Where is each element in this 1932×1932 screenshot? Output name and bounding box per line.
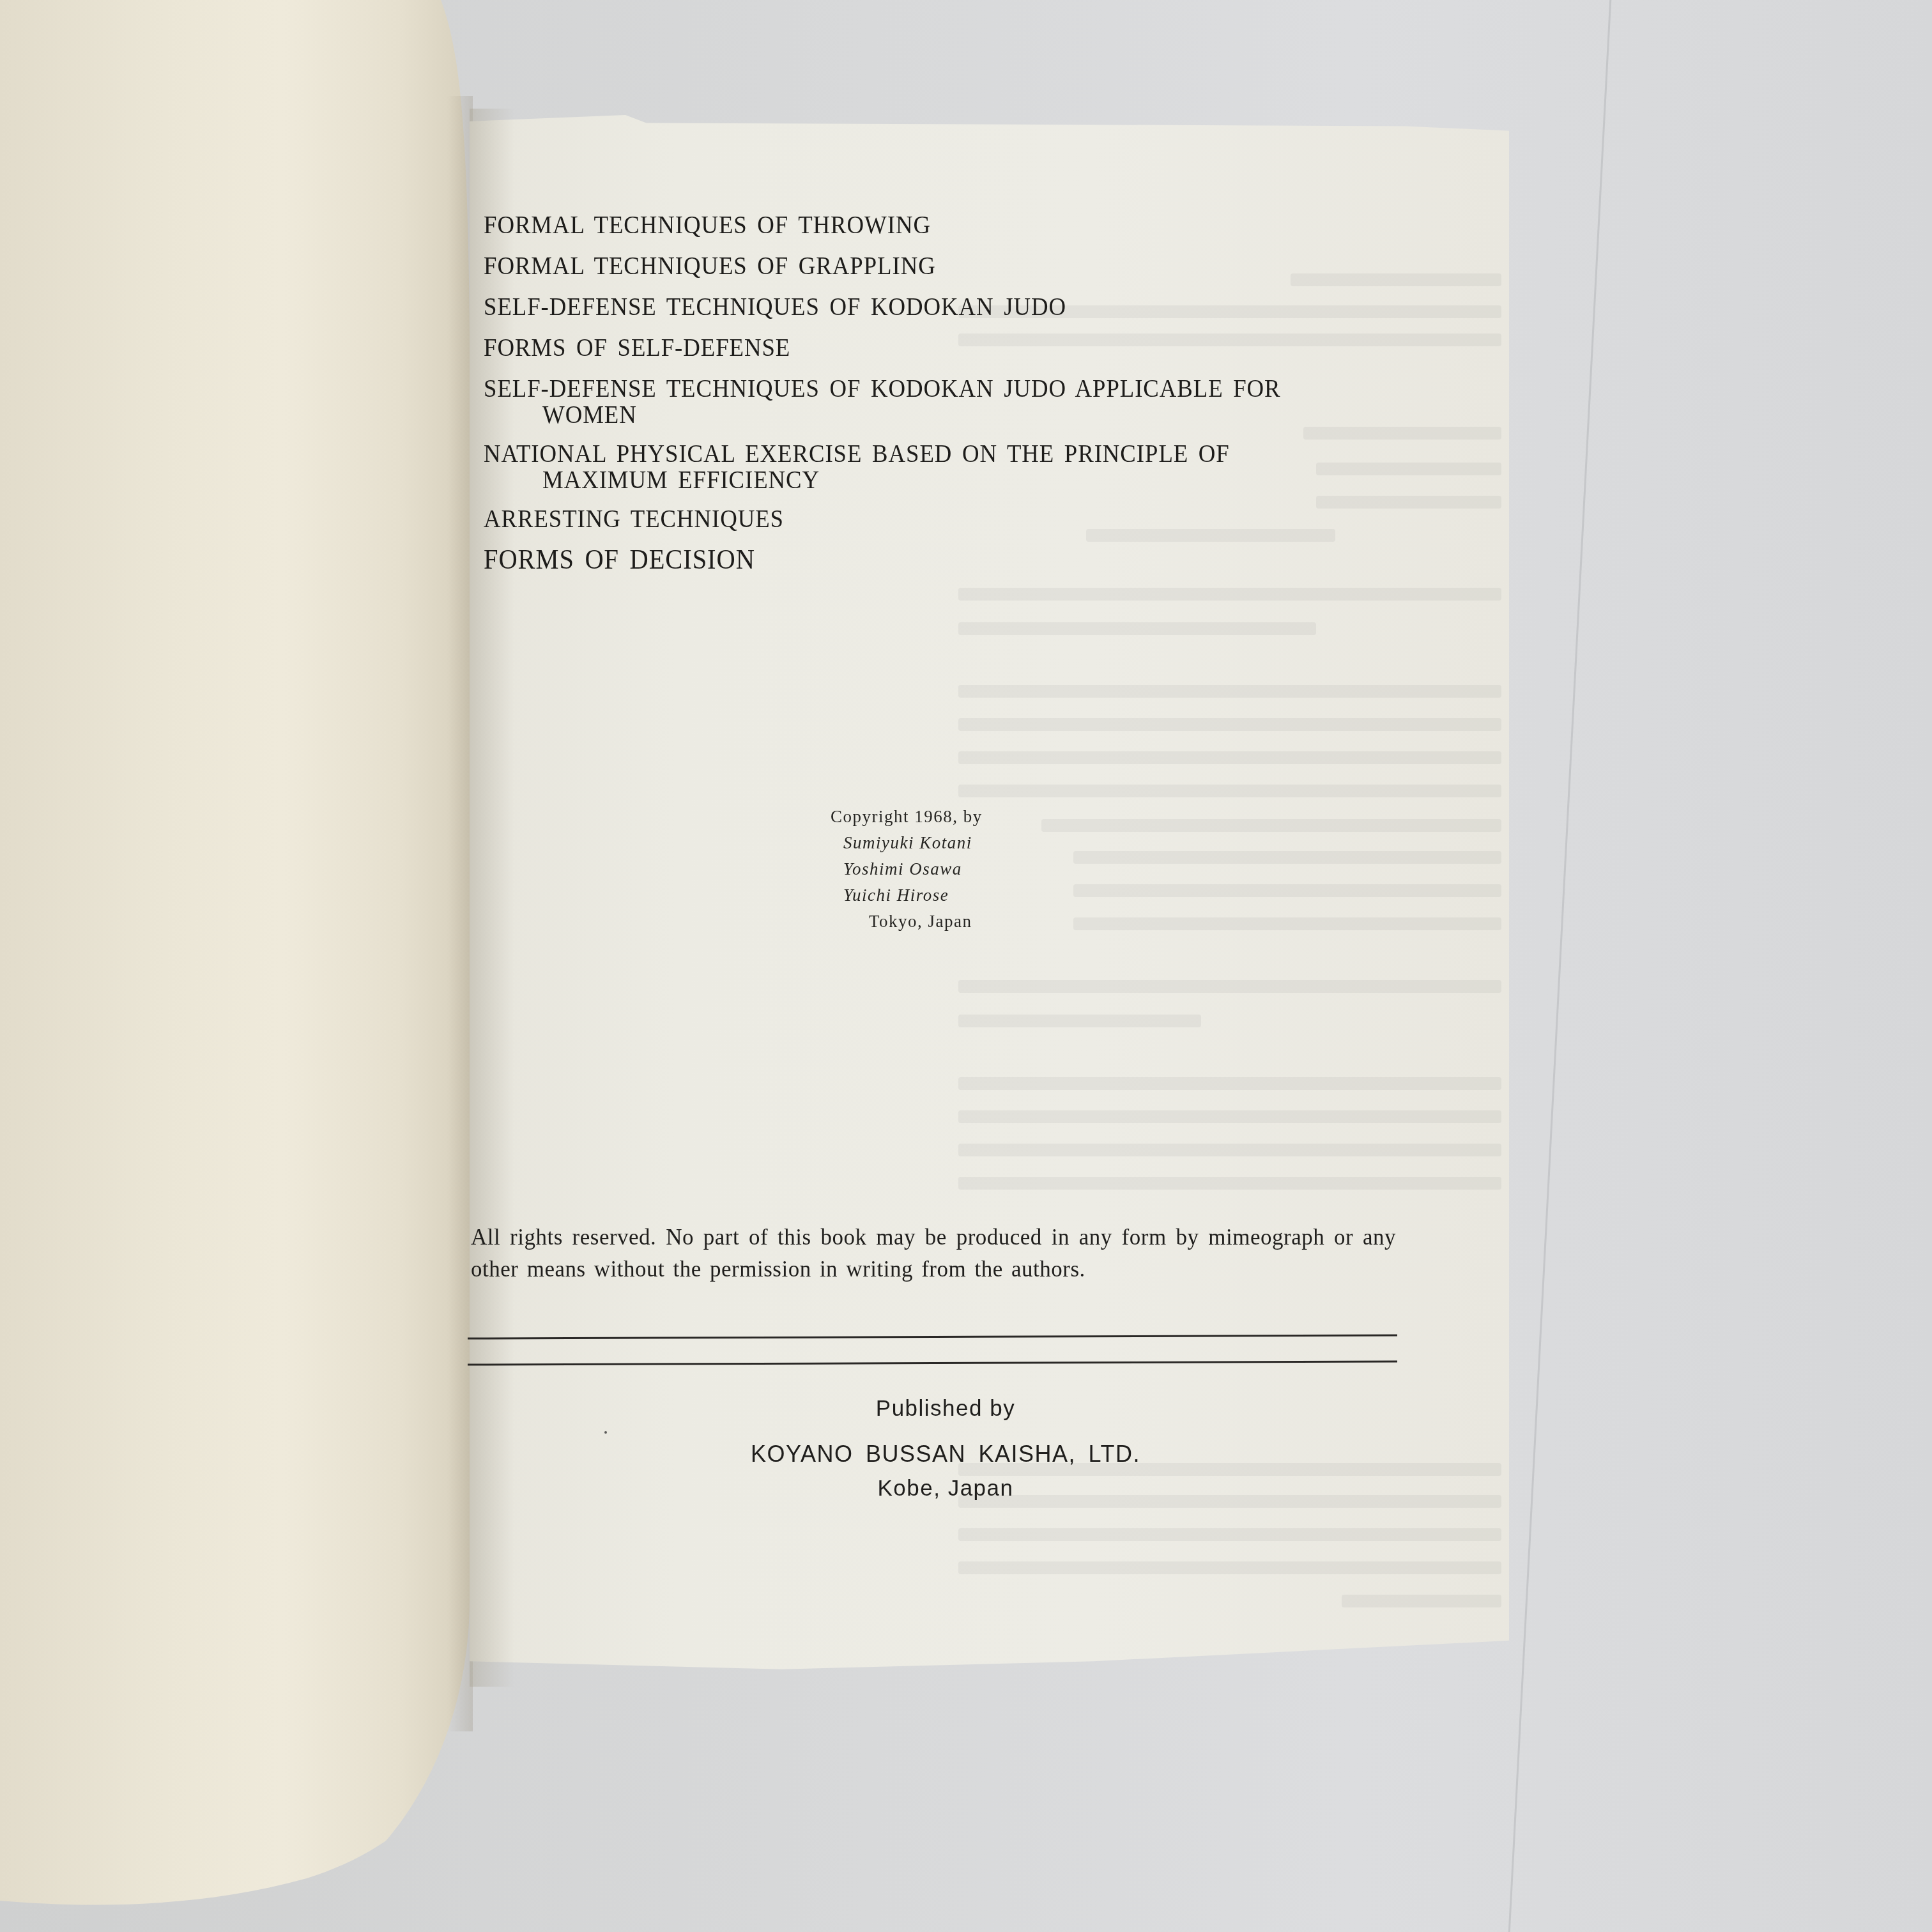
title-text: ARRESTING TECHNIQUES bbox=[484, 504, 784, 533]
title-continuation: MAXIMUM EFFICIENCY bbox=[484, 468, 1342, 492]
paper-speck bbox=[604, 1431, 607, 1434]
title-text: FORMS OF DECISION bbox=[484, 544, 755, 575]
author-name: Sumiyuki Kotani bbox=[831, 830, 983, 856]
title-text: FORMS OF SELF-DEFENSE bbox=[484, 333, 790, 362]
title-item: NATIONAL PHYSICAL EXERCISE BASED ON THE … bbox=[484, 440, 1342, 492]
title-item: FORMAL TECHNIQUES OF THROWING bbox=[484, 211, 1342, 239]
published-by-label: Published by bbox=[703, 1393, 1188, 1425]
series-title-list: FORMAL TECHNIQUES OF THROWING FORMAL TEC… bbox=[484, 211, 1342, 586]
title-item: SELF-DEFENSE TECHNIQUES OF KODOKAN JUDO bbox=[484, 293, 1342, 321]
title-text: SELF-DEFENSE TECHNIQUES OF KODOKAN JUDO bbox=[484, 292, 1066, 321]
title-item: FORMS OF SELF-DEFENSE bbox=[484, 333, 1342, 362]
divider-rule bbox=[468, 1360, 1397, 1365]
author-name: Yuichi Hirose bbox=[831, 882, 983, 908]
copyright-page: FORMAL TECHNIQUES OF THROWING FORMAL TEC… bbox=[0, 0, 1932, 1932]
publisher-location: Kobe, Japan bbox=[703, 1472, 1188, 1505]
title-item: ARRESTING TECHNIQUES bbox=[484, 505, 1342, 533]
copyright-line: Copyright 1968, by bbox=[831, 804, 983, 830]
title-item: FORMAL TECHNIQUES OF GRAPPLING bbox=[484, 252, 1342, 280]
title-item: FORMS OF DECISION bbox=[484, 546, 1342, 574]
title-item: SELF-DEFENSE TECHNIQUES OF KODOKAN JUDO … bbox=[484, 374, 1342, 427]
title-text: NATIONAL PHYSICAL EXERCISE BASED ON THE … bbox=[484, 439, 1230, 468]
rights-notice: All rights reserved. No part of this boo… bbox=[471, 1222, 1396, 1285]
author-name: Yoshimi Osawa bbox=[831, 856, 983, 882]
title-text: SELF-DEFENSE TECHNIQUES OF KODOKAN JUDO … bbox=[484, 374, 1281, 402]
copyright-block: Copyright 1968, by Sumiyuki Kotani Yoshi… bbox=[831, 804, 983, 935]
publisher-name: KOYANO BUSSAN KAISHA, LTD. bbox=[703, 1437, 1188, 1471]
title-continuation: WOMEN bbox=[484, 402, 1342, 427]
divider-rule bbox=[468, 1334, 1397, 1339]
publisher-block: Published by KOYANO BUSSAN KAISHA, LTD. … bbox=[703, 1393, 1188, 1505]
copyright-location: Tokyo, Japan bbox=[831, 908, 983, 935]
title-text: FORMAL TECHNIQUES OF THROWING bbox=[484, 210, 931, 239]
title-text: FORMAL TECHNIQUES OF GRAPPLING bbox=[484, 251, 936, 280]
